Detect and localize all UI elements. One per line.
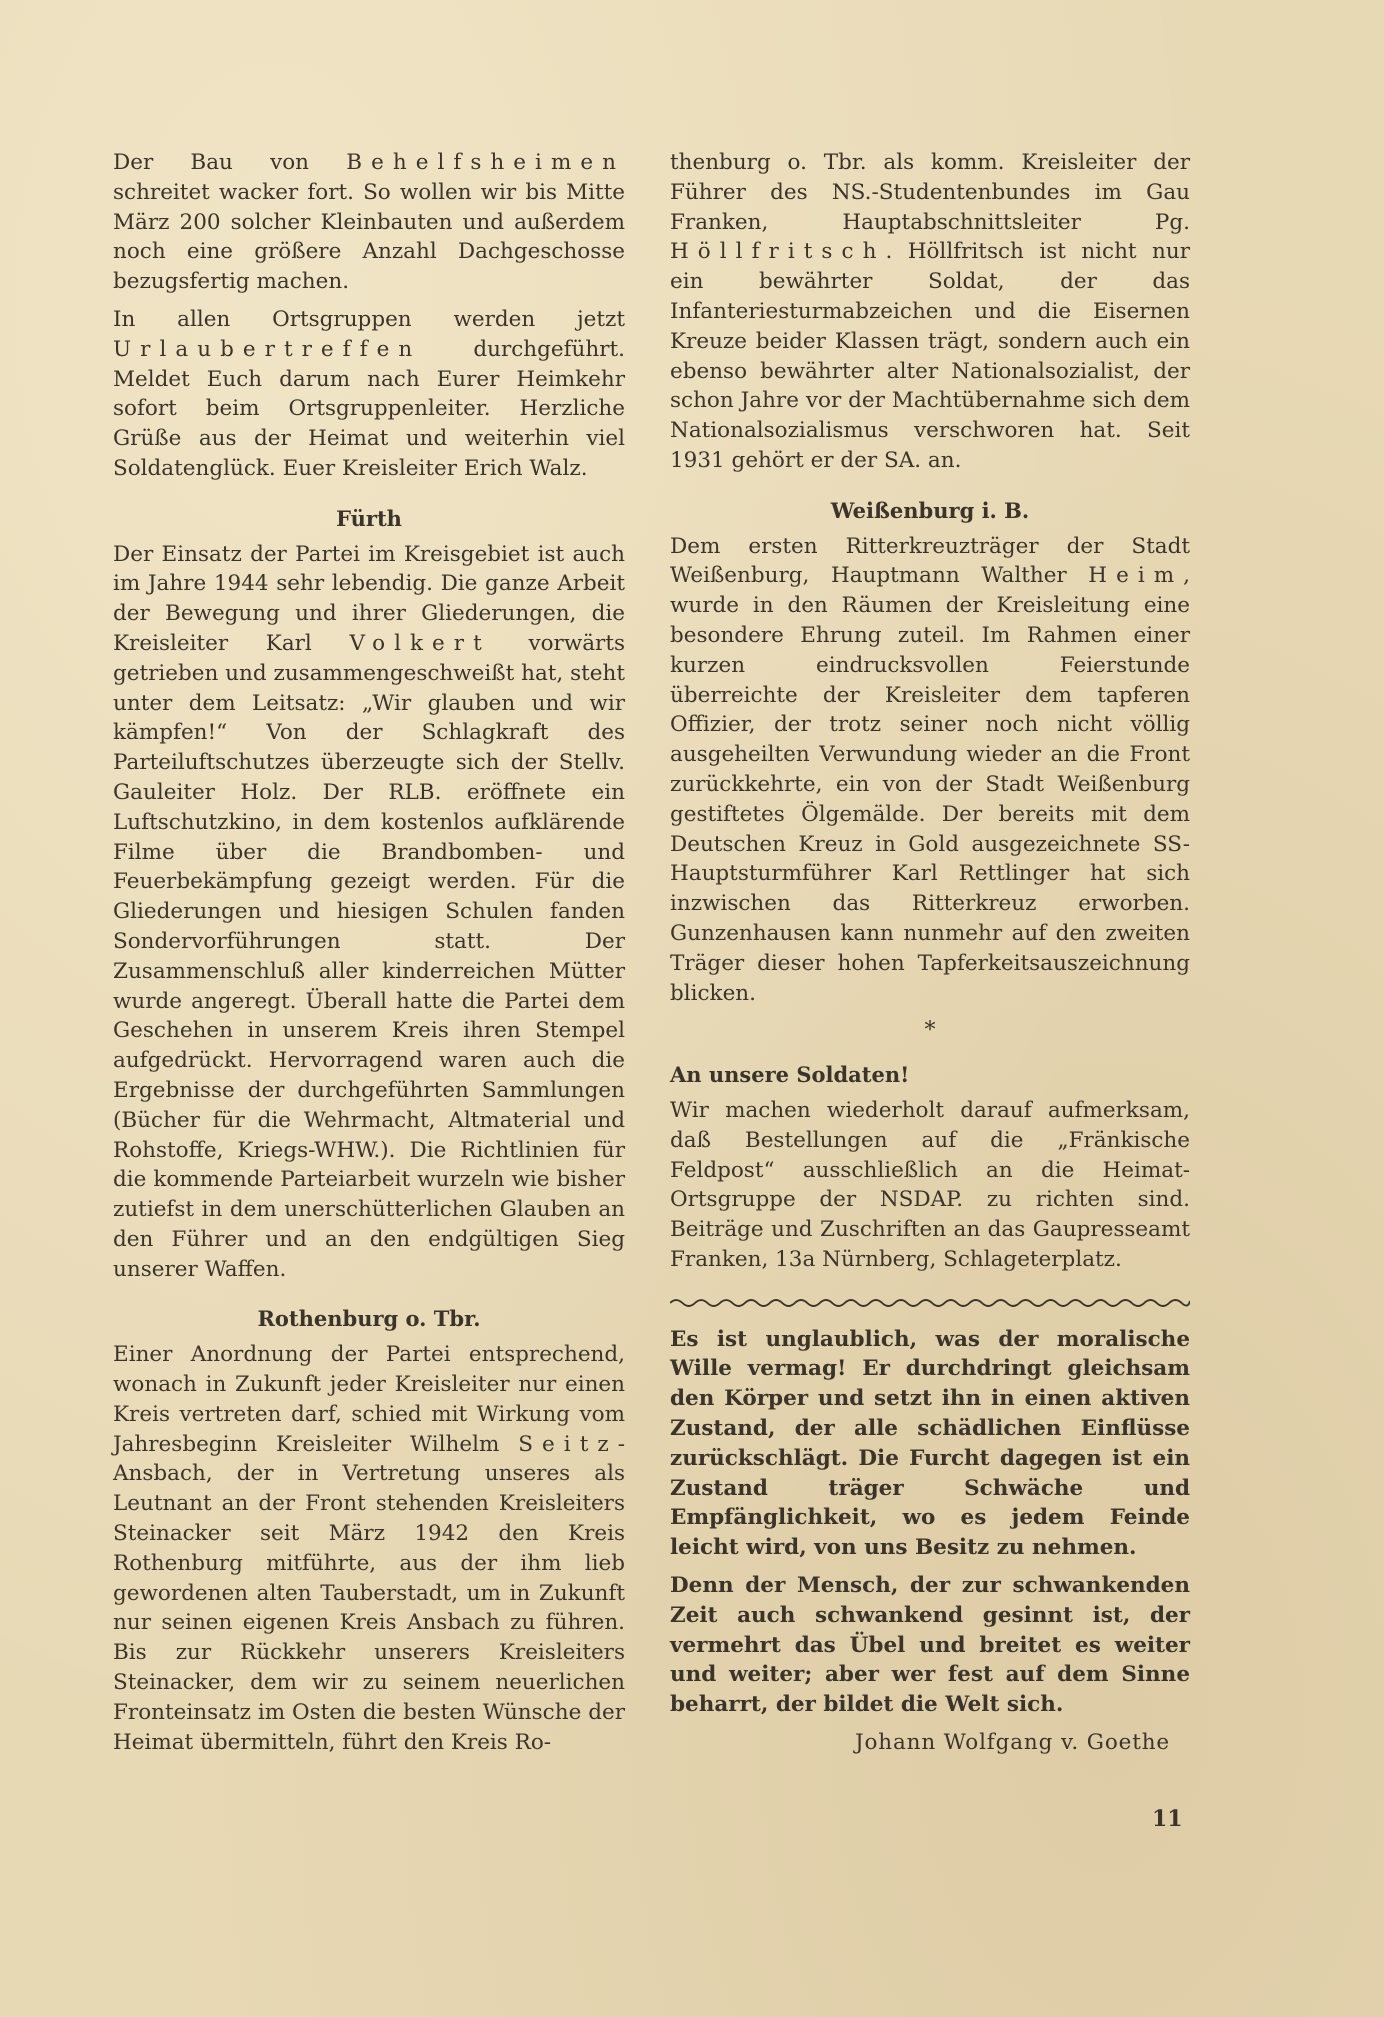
text: schreitet wacker fort. So wollen wir bis…: [113, 180, 625, 294]
spaced-emphasis: Volkert: [350, 631, 491, 656]
section-heading: Weißenburg i. B.: [670, 496, 1190, 526]
goethe-quote: Es ist unglaublich, was der moralische W…: [670, 1325, 1190, 1720]
left-column: Der Bau von Behelfsheimen schreitet wack…: [113, 148, 625, 1765]
article-rothenburg: Rothenburg o. Tbr. Einer Anordnung der P…: [113, 1304, 625, 1757]
text: . Höllfritsch ist nicht nur ein bewährte…: [670, 239, 1190, 473]
paragraph: Der Einsatz der Partei im Kreisgebiet is…: [113, 540, 625, 1285]
spaced-emphasis: Seitz: [518, 1432, 617, 1457]
page-number: 11: [1152, 1806, 1183, 1832]
article-fuerth: Fürth Der Einsatz der Partei im Kreisgeb…: [113, 504, 625, 1285]
paragraph: Wir machen wiederholt darauf aufmerksam,…: [670, 1096, 1190, 1275]
section-heading: An unsere Soldaten!: [670, 1060, 1190, 1090]
text: , wurde in den Räumen der Kreisleitung e…: [670, 563, 1190, 1005]
paragraph: Der Bau von Behelfsheimen schreitet wack…: [113, 148, 625, 297]
paragraph: Einer Anordnung der Partei entsprechend,…: [113, 1340, 625, 1757]
section-heading: Fürth: [113, 504, 625, 534]
text: vorwärts getrieben und zusammengeschweiß…: [113, 631, 625, 1282]
spaced-emphasis: Heim: [1088, 563, 1183, 588]
text: Der Bau von: [113, 150, 346, 175]
asterisk-separator-icon: *: [670, 1016, 1190, 1046]
text: thenburg o. Tbr. als komm. Kreisleiter d…: [670, 150, 1190, 235]
article-weissenburg: Weißenburg i. B. Dem ersten Ritterkreuzt…: [670, 496, 1190, 1009]
paragraph: In allen Ortsgruppen werden jetzt Urlaub…: [113, 305, 625, 484]
section-heading: Rothenburg o. Tbr.: [113, 1304, 625, 1334]
spaced-emphasis: Behelfsheimen: [346, 150, 625, 175]
right-column: thenburg o. Tbr. als komm. Kreisleiter d…: [670, 148, 1190, 1758]
text: In allen Ortsgruppen werden jetzt: [113, 307, 625, 332]
quote-paragraph: Denn der Mensch, der zur schwankenden Ze…: [670, 1571, 1190, 1720]
spaced-emphasis: Urlaubertreffen: [113, 337, 421, 362]
text: -Ansbach, der in Vertretung unseres als …: [113, 1432, 625, 1755]
spaced-emphasis: Höllfritsch: [670, 239, 885, 264]
quote-author: Johann Wolfgang v. Goethe: [670, 1728, 1190, 1758]
paragraph: thenburg o. Tbr. als komm. Kreisleiter d…: [670, 148, 1190, 476]
paragraph: Dem ersten Ritterkreuzträger der Stadt W…: [670, 532, 1190, 1009]
wavy-divider-icon: [670, 1293, 1190, 1311]
article-rothenburg-continued: thenburg o. Tbr. als komm. Kreisleiter d…: [670, 148, 1190, 476]
article-soldaten: An unsere Soldaten! Wir machen wiederhol…: [670, 1060, 1190, 1275]
quote-paragraph: Es ist unglaublich, was der moralische W…: [670, 1325, 1190, 1563]
article-intro: Der Bau von Behelfsheimen schreitet wack…: [113, 148, 625, 484]
